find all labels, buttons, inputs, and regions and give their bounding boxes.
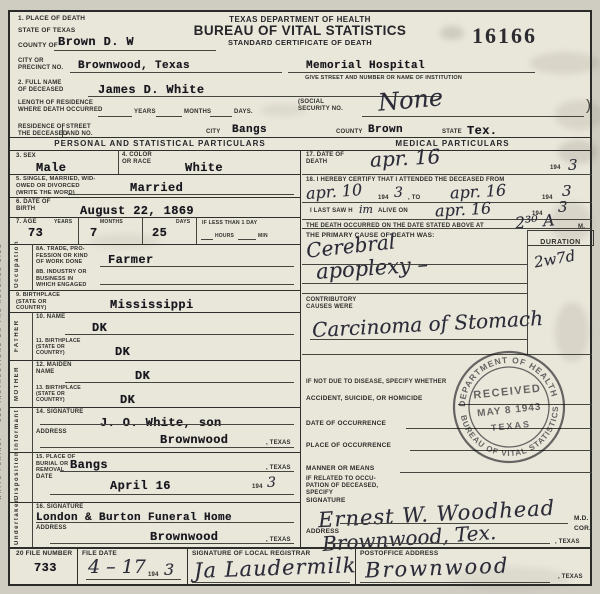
file-number-label: 20 FILE NUMBER bbox=[16, 550, 72, 558]
blank-line bbox=[40, 447, 294, 448]
burial-year-printed: 194 bbox=[252, 484, 263, 491]
certificate-form: 1. PLACE OF DEATH STATE OF TEXAS COUNTY … bbox=[8, 10, 592, 586]
age-years-value: 73 bbox=[28, 227, 43, 239]
dod-year-printed: 194 bbox=[550, 165, 561, 172]
city-small-label: CITY bbox=[206, 129, 220, 136]
to-year-handwritten: 3 bbox=[562, 184, 572, 199]
divider bbox=[10, 312, 300, 313]
primary-cause-line2: apoplexy – bbox=[315, 254, 428, 283]
stamp-date-text: MAY 8 1943 bbox=[477, 402, 542, 420]
divider bbox=[10, 290, 300, 291]
divider bbox=[78, 217, 79, 244]
divider bbox=[70, 72, 282, 73]
burial-date-label: DATE bbox=[36, 474, 53, 481]
divider bbox=[40, 424, 294, 425]
blank-line bbox=[68, 194, 294, 195]
blank-line bbox=[328, 543, 550, 544]
undertaker-signature-label: 16. SIGNATURE bbox=[36, 504, 84, 511]
date-of-death-value: apr. 16 bbox=[370, 146, 441, 170]
divider bbox=[62, 124, 63, 137]
industry-label: 8B. INDUSTRY OR BUSINESS IN WHICH ENGAGE… bbox=[36, 269, 87, 289]
physician-address-state: , TEXAS bbox=[555, 539, 580, 546]
age-months-label: MONTHS bbox=[100, 219, 123, 225]
blank-line bbox=[65, 382, 294, 383]
mother-birthplace-value: DK bbox=[120, 394, 135, 406]
received-stamp: DEPARTMENT OF HEALTH BUREAU OF VITAL STA… bbox=[443, 341, 575, 473]
cor-label: COR. bbox=[574, 525, 591, 533]
if-not-due-label: IF NOT DUE TO DISEASE, SPECIFY WHETHER bbox=[306, 379, 446, 386]
residence-city-value: Bangs bbox=[232, 125, 267, 136]
divider bbox=[32, 360, 33, 407]
scan-smudge bbox=[555, 302, 589, 362]
blank-line bbox=[238, 239, 256, 240]
residence-county-value: Brown bbox=[368, 125, 403, 136]
informant-address-value: Brownwood bbox=[160, 434, 228, 446]
birthplace-label: 9. BIRTHPLACE (STATE OR COUNTRY) bbox=[16, 292, 60, 312]
column-divider bbox=[300, 150, 301, 547]
md-label: M.D. bbox=[574, 515, 589, 523]
divider bbox=[362, 116, 584, 117]
city-value: Brownwood, Texas bbox=[78, 61, 190, 72]
medical-section-title: MEDICAL PARTICULARS bbox=[330, 139, 575, 148]
divider bbox=[310, 339, 527, 340]
contributory-value: Carcinoma of Stomach bbox=[312, 308, 544, 340]
institution-value: Memorial Hospital bbox=[306, 61, 425, 72]
informant-side-label: Informant bbox=[14, 409, 26, 450]
months-label: MONTHS bbox=[184, 109, 211, 116]
scan-smudge bbox=[260, 104, 306, 116]
date-of-death-label: 17. DATE OF DEATH bbox=[306, 152, 344, 166]
divider bbox=[36, 522, 294, 523]
burial-date-value: April 16 bbox=[110, 480, 171, 492]
place-of-death-label: 1. PLACE OF DEATH bbox=[18, 15, 85, 23]
divider bbox=[32, 407, 33, 452]
state-of-texas-label: STATE OF TEXAS bbox=[18, 27, 75, 35]
divider bbox=[32, 502, 33, 547]
scan-smudge bbox=[440, 26, 464, 40]
divider bbox=[32, 452, 33, 502]
date-of-occurrence-label: DATE OF OCCURRENCE bbox=[306, 420, 386, 428]
blank-line bbox=[65, 334, 294, 335]
full-name-label: 2. FULL NAME OF DECEASED bbox=[18, 80, 64, 94]
from-year-handwritten: 3 bbox=[394, 186, 403, 200]
burial-place-value: Bangs bbox=[70, 459, 108, 471]
informant-signature-value: J. O. White, son bbox=[100, 417, 222, 429]
state-small-label: STATE bbox=[442, 129, 462, 136]
registrar-signature-value: Ja Laudermilk bbox=[194, 555, 357, 582]
blank-line bbox=[50, 494, 294, 495]
maiden-name-label: 12. MAIDEN NAME bbox=[36, 362, 72, 376]
ssn-handwritten-value: None bbox=[377, 85, 444, 115]
blank-line bbox=[98, 116, 132, 117]
divider bbox=[10, 360, 300, 361]
hours-label: HOURS bbox=[215, 233, 234, 239]
divider bbox=[10, 137, 592, 138]
divider bbox=[32, 244, 33, 290]
divider bbox=[302, 293, 527, 294]
father-name-value: DK bbox=[92, 322, 107, 334]
mother-side-label: MOTHER bbox=[14, 362, 26, 405]
blank-line bbox=[201, 239, 213, 240]
undertaker-side-label: Undertaker bbox=[14, 504, 26, 545]
date-of-birth-value: August 22, 1869 bbox=[80, 205, 194, 217]
trade-label: 8A. TRADE, PRO- FESSION OR KIND OF WORK … bbox=[36, 246, 88, 266]
divider bbox=[288, 72, 535, 73]
divider bbox=[302, 174, 592, 175]
standard-title: STANDARD CERTIFICATE OF DEATH bbox=[180, 38, 420, 47]
divider bbox=[302, 264, 527, 265]
days-label: DAYS. bbox=[234, 109, 253, 116]
scan-smudge bbox=[450, 567, 570, 589]
father-birthplace-value: DK bbox=[115, 346, 130, 358]
place-of-occurrence-label: PLACE OF OCCURRENCE bbox=[306, 442, 391, 450]
divider bbox=[302, 283, 527, 284]
sex-value: Male bbox=[36, 162, 66, 174]
maiden-name-value: DK bbox=[135, 370, 150, 382]
personal-section-title: PERSONAL AND STATISTICAL PARTICULARS bbox=[25, 139, 295, 148]
institution-hint: GIVE STREET AND NUMBER OR NAME OF INSTIT… bbox=[305, 75, 462, 82]
svg-text:DEPARTMENT OF HEALTH: DEPARTMENT OF HEALTH bbox=[452, 350, 560, 408]
file-date-year-handwritten: 3 bbox=[164, 562, 174, 578]
scan-smudge bbox=[90, 234, 160, 248]
file-number-value: 733 bbox=[34, 562, 57, 574]
blank-line bbox=[210, 116, 232, 117]
occupation-related-label: IF RELATED TO OCCU- PATION OF DECEASED, … bbox=[306, 476, 378, 498]
age-years-label: YEARS bbox=[54, 219, 72, 225]
blank-line bbox=[156, 116, 182, 117]
informant-address-label: ADDRESS bbox=[36, 429, 67, 436]
county-of-label: COUNTY OF bbox=[18, 42, 58, 50]
color-race-label: 4. COLOR OR RACE bbox=[122, 152, 152, 166]
last-saw-post-label: ALIVE ON bbox=[378, 208, 408, 215]
divider bbox=[10, 150, 592, 151]
burial-year-handwritten: 3 bbox=[267, 476, 276, 490]
contributory-label: CONTRIBUTORY CAUSES WERE bbox=[306, 297, 356, 311]
last-saw-value: apr. 16 bbox=[435, 201, 492, 220]
stamp-received-text: RECEIVED bbox=[473, 383, 542, 402]
divider bbox=[10, 407, 300, 408]
full-name-value: James D. White bbox=[98, 84, 204, 96]
scan-smudge bbox=[558, 140, 598, 164]
blank-line bbox=[100, 284, 294, 285]
last-saw-fill: im bbox=[359, 204, 373, 215]
marital-value: Married bbox=[130, 182, 183, 194]
trade-value: Farmer bbox=[108, 254, 154, 266]
if-less-than-1-day-label: IF LESS THAN 1 DAY bbox=[202, 220, 257, 226]
sex-label: 3. SEX bbox=[16, 153, 36, 160]
occupation-side-label: Occupation bbox=[14, 246, 26, 288]
divider bbox=[118, 150, 119, 174]
blank-line bbox=[192, 582, 350, 583]
last-saw-pre-label: I LAST SAW H bbox=[310, 208, 353, 215]
divider bbox=[54, 50, 216, 51]
margin-instruction-text: WRITE PLAINLY — SEE INSTRUCTIONS ON THE … bbox=[0, 80, 3, 500]
informant-signature-label: 14. SIGNATURE bbox=[36, 409, 84, 416]
residence-state-value: Tex. bbox=[467, 125, 497, 137]
blank-line bbox=[50, 543, 294, 544]
manner-or-means-label: MANNER OR MEANS bbox=[306, 465, 374, 473]
divider bbox=[10, 217, 300, 218]
undertaker-address-value: Brownwood bbox=[150, 531, 218, 543]
scan-smudge bbox=[550, 202, 592, 242]
mother-birthplace-label: 13. BIRTHPLACE (STATE OR COUNTRY) bbox=[36, 385, 81, 404]
physician-signature-label: SIGNATURE bbox=[306, 497, 346, 505]
duration-value: 2w7d bbox=[533, 249, 577, 271]
scanned-death-certificate: WRITE PLAINLY — SEE INSTRUCTIONS ON THE … bbox=[0, 0, 600, 594]
min-label: MIN bbox=[258, 233, 268, 239]
divider bbox=[10, 547, 592, 549]
divider bbox=[32, 312, 33, 360]
divider bbox=[10, 502, 300, 503]
divider bbox=[10, 174, 300, 175]
blank-line bbox=[60, 471, 294, 472]
scan-smudge bbox=[555, 100, 600, 130]
blank-line bbox=[86, 579, 181, 580]
divider bbox=[187, 547, 188, 586]
stamp-arc-top: DEPARTMENT OF HEALTH bbox=[452, 350, 560, 408]
blank-line bbox=[400, 472, 592, 473]
years-label: YEARS bbox=[134, 109, 156, 116]
divider bbox=[77, 547, 78, 586]
divider bbox=[302, 228, 592, 229]
divider bbox=[10, 197, 300, 198]
divider bbox=[10, 452, 300, 453]
date-of-birth-label: 6. DATE OF BIRTH bbox=[16, 199, 51, 213]
blank-line bbox=[100, 266, 294, 267]
disposition-side-label: Disposition bbox=[14, 454, 26, 500]
divider bbox=[196, 217, 197, 244]
duration-column-divider bbox=[527, 230, 528, 354]
county-value: Brown D. W bbox=[58, 36, 134, 48]
birthplace-value: Mississippi bbox=[110, 299, 194, 311]
length-of-residence-label: LENGTH OF RESIDENCE WHERE DEATH OCCURRED bbox=[18, 100, 103, 114]
death-occurred-label: THE DEATH OCCURRED ON THE DATE STATED AB… bbox=[306, 223, 484, 230]
certificate-number: 16166 bbox=[472, 23, 537, 49]
attended-from-value: apr. 10 bbox=[306, 182, 363, 202]
age-days-label: DAYS bbox=[176, 219, 190, 225]
bureau-title: BUREAU OF VITAL STATISTICS bbox=[150, 23, 450, 38]
city-precinct-label: CITY OR PRECINCT NO. bbox=[18, 58, 63, 72]
undertaker-address-label: ADDRESS bbox=[36, 525, 67, 532]
accident-suicide-label: ACCIDENT, SUICIDE, OR HOMICIDE bbox=[306, 395, 423, 403]
file-date-value: 4 – 17 bbox=[88, 558, 146, 577]
father-birthplace-label: 11. BIRTHPLACE (STATE OR COUNTRY) bbox=[36, 338, 81, 357]
stamp-state-text: TEXAS bbox=[491, 419, 532, 433]
father-name-label: 10. NAME bbox=[36, 314, 65, 321]
color-race-value: White bbox=[185, 162, 223, 174]
county-small-label: COUNTY bbox=[336, 129, 363, 136]
father-side-label: FATHER bbox=[14, 314, 26, 358]
scan-smudge bbox=[530, 52, 600, 74]
